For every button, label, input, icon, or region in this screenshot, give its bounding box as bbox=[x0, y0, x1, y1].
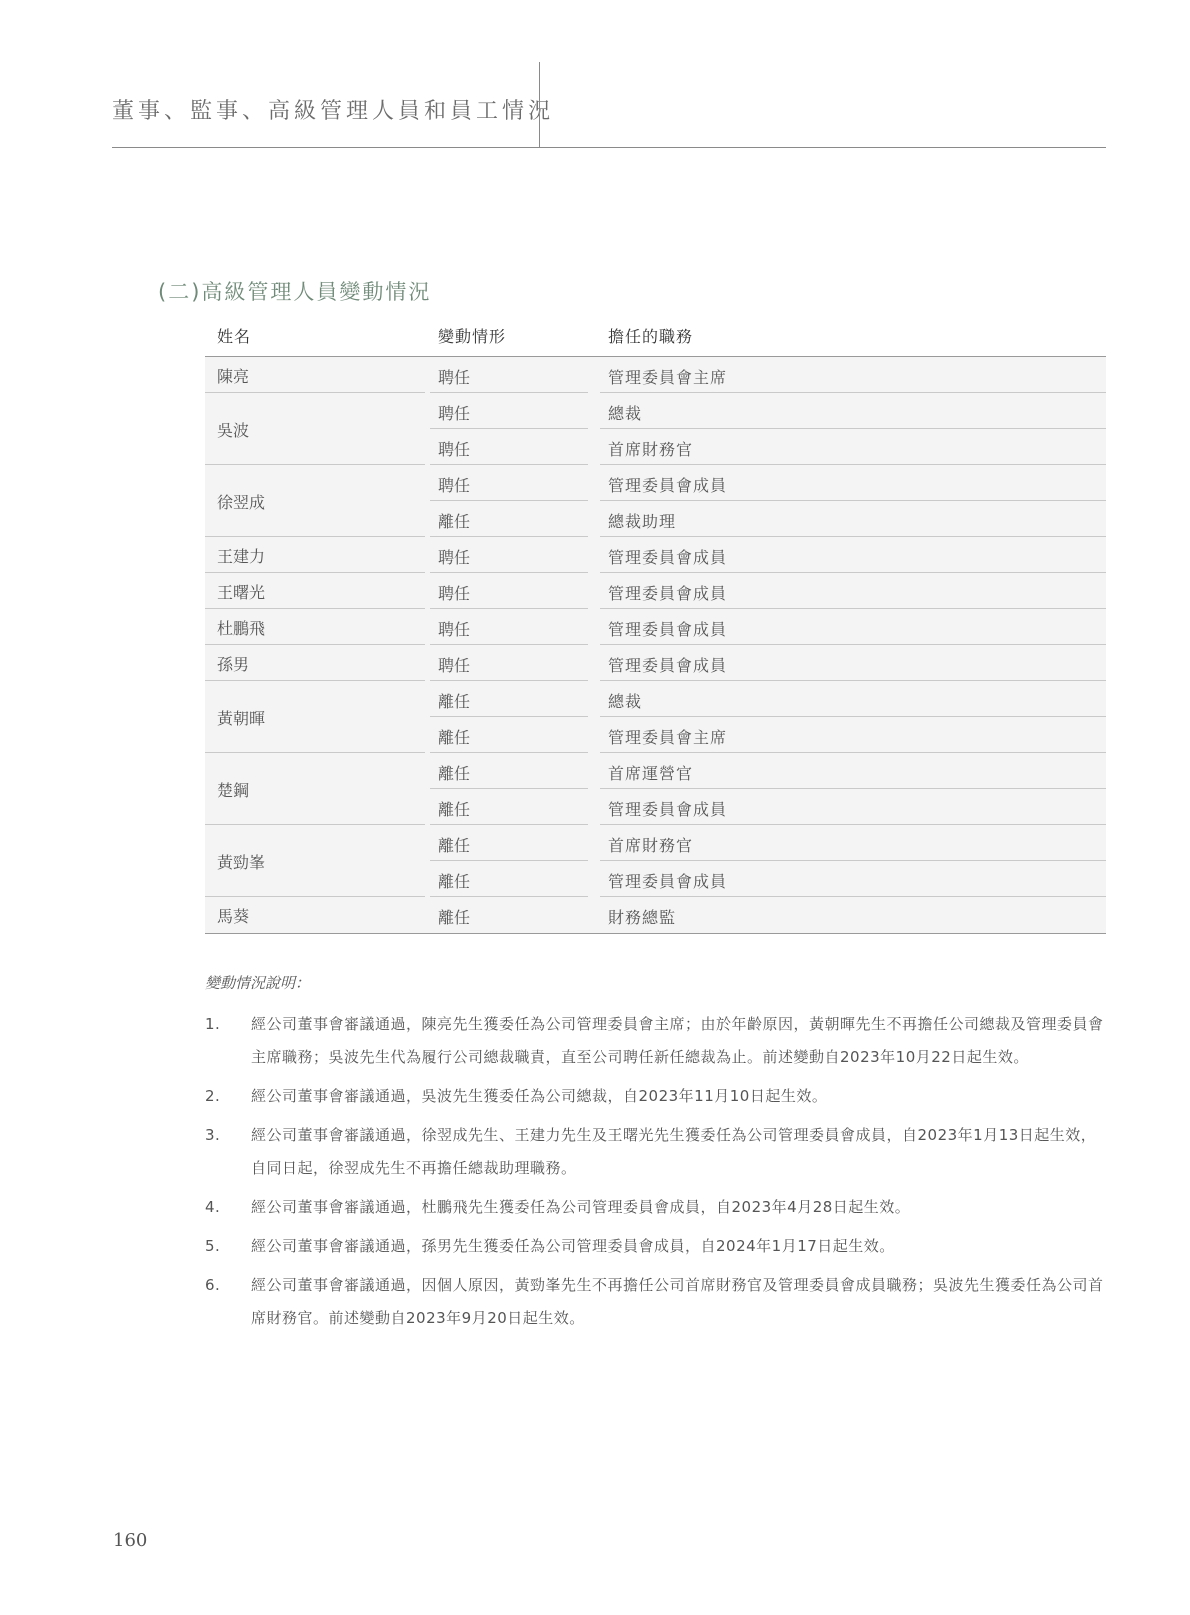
position-title: 管理委員會成員 bbox=[608, 869, 727, 892]
management-changes-table: 姓名 變動情形 擔任的職務 陳亮聘任管理委員會主席吳波聘任總裁聘任首席財務官徐翌… bbox=[205, 320, 1106, 934]
note-text: 經公司董事會審議通過，陳亮先生獲委任為公司管理委員會主席；由於年齡原因，黃朝暉先… bbox=[251, 1015, 1104, 1066]
table-row: 聘任管理委員會成員 bbox=[205, 537, 1106, 573]
change-type: 聘任 bbox=[438, 545, 470, 568]
notes-list: 1.經公司董事會審議通過，陳亮先生獲委任為公司管理委員會主席；由於年齡原因，黃朝… bbox=[205, 1008, 1105, 1341]
position-title: 管理委員會成員 bbox=[608, 653, 727, 676]
table-row: 離任財務總監 bbox=[205, 897, 1106, 933]
position-title: 財務總監 bbox=[608, 905, 676, 928]
column-header-change: 變動情形 bbox=[438, 324, 506, 347]
change-type: 聘任 bbox=[438, 437, 470, 460]
change-type: 離任 bbox=[438, 869, 470, 892]
change-type: 離任 bbox=[438, 761, 470, 784]
change-type: 聘任 bbox=[438, 653, 470, 676]
table-row-group: 吳波聘任總裁聘任首席財務官 bbox=[205, 393, 1106, 465]
position-title: 首席運營官 bbox=[608, 761, 693, 784]
notes-title: 變動情況說明： bbox=[205, 972, 310, 993]
table-row: 離任首席財務官 bbox=[205, 825, 1106, 861]
section-title: (二)高級管理人員變動情況 bbox=[158, 276, 431, 306]
table-row-group: 徐翌成聘任管理委員會成員離任總裁助理 bbox=[205, 465, 1106, 537]
note-text: 經公司董事會審議通過，吳波先生獲委任為公司總裁，自2023年11月10日起生效。 bbox=[251, 1087, 827, 1105]
position-title: 管理委員會主席 bbox=[608, 725, 727, 748]
table-row: 離任總裁助理 bbox=[205, 501, 1106, 537]
position-title: 首席財務官 bbox=[608, 437, 693, 460]
table-row-group: 黃勁峯離任首席財務官離任管理委員會成員 bbox=[205, 825, 1106, 897]
table-row-group: 陳亮聘任管理委員會主席 bbox=[205, 357, 1106, 393]
position-title: 管理委員會成員 bbox=[608, 797, 727, 820]
change-type: 聘任 bbox=[438, 365, 470, 388]
table-row-group: 杜鵬飛聘任管理委員會成員 bbox=[205, 609, 1106, 645]
header-rule bbox=[112, 147, 1106, 148]
column-header-position: 擔任的職務 bbox=[608, 324, 693, 347]
note-number: 6. bbox=[205, 1269, 220, 1302]
table-row: 聘任管理委員會成員 bbox=[205, 645, 1106, 681]
note-item: 3.經公司董事會審議通過，徐翌成先生、王建力先生及王曙光先生獲委任為公司管理委員… bbox=[205, 1119, 1105, 1185]
note-item: 2.經公司董事會審議通過，吳波先生獲委任為公司總裁，自2023年11月10日起生… bbox=[205, 1080, 1105, 1113]
chapter-title: 董事、監事、高級管理人員和員工情況 bbox=[112, 94, 554, 125]
change-type: 離任 bbox=[438, 797, 470, 820]
table-row-group: 馬葵離任財務總監 bbox=[205, 897, 1106, 933]
table-body: 陳亮聘任管理委員會主席吳波聘任總裁聘任首席財務官徐翌成聘任管理委員會成員離任總裁… bbox=[205, 357, 1106, 934]
change-type: 離任 bbox=[438, 833, 470, 856]
position-title: 管理委員會成員 bbox=[608, 473, 727, 496]
table-row: 聘任總裁 bbox=[205, 393, 1106, 429]
page-number: 160 bbox=[113, 1530, 147, 1551]
table-row-group: 黃朝暉離任總裁離任管理委員會主席 bbox=[205, 681, 1106, 753]
note-item: 6.經公司董事會審議通過，因個人原因，黃勁峯先生不再擔任公司首席財務官及管理委員… bbox=[205, 1269, 1105, 1335]
position-title: 管理委員會主席 bbox=[608, 365, 727, 388]
change-type: 聘任 bbox=[438, 401, 470, 424]
change-type: 離任 bbox=[438, 509, 470, 532]
change-type: 聘任 bbox=[438, 617, 470, 640]
position-title: 管理委員會成員 bbox=[608, 581, 727, 604]
column-header-name: 姓名 bbox=[217, 324, 251, 347]
position-title: 管理委員會成員 bbox=[608, 545, 727, 568]
note-number: 5. bbox=[205, 1230, 220, 1263]
table-row-group: 楚鋼離任首席運營官離任管理委員會成員 bbox=[205, 753, 1106, 825]
position-title: 總裁助理 bbox=[608, 509, 676, 532]
note-text: 經公司董事會審議通過，杜鵬飛先生獲委任為公司管理委員會成員，自2023年4月28… bbox=[251, 1198, 910, 1216]
note-number: 4. bbox=[205, 1191, 220, 1224]
table-row: 聘任管理委員會成員 bbox=[205, 609, 1106, 645]
table-row-group: 孫男聘任管理委員會成員 bbox=[205, 645, 1106, 681]
note-item: 1.經公司董事會審議通過，陳亮先生獲委任為公司管理委員會主席；由於年齡原因，黃朝… bbox=[205, 1008, 1105, 1074]
table-row: 聘任管理委員會主席 bbox=[205, 357, 1106, 393]
change-type: 聘任 bbox=[438, 581, 470, 604]
change-type: 離任 bbox=[438, 689, 470, 712]
position-title: 首席財務官 bbox=[608, 833, 693, 856]
note-item: 5.經公司董事會審議通過，孫男先生獲委任為公司管理委員會成員，自2024年1月1… bbox=[205, 1230, 1105, 1263]
note-text: 經公司董事會審議通過，因個人原因，黃勁峯先生不再擔任公司首席財務官及管理委員會成… bbox=[251, 1276, 1104, 1327]
note-item: 4.經公司董事會審議通過，杜鵬飛先生獲委任為公司管理委員會成員，自2023年4月… bbox=[205, 1191, 1105, 1224]
table-row: 聘任管理委員會成員 bbox=[205, 465, 1106, 501]
table-row: 離任首席運營官 bbox=[205, 753, 1106, 789]
table-row: 聘任管理委員會成員 bbox=[205, 573, 1106, 609]
header-divider-vertical bbox=[539, 62, 540, 148]
table-row: 離任總裁 bbox=[205, 681, 1106, 717]
table-row-group: 王建力聘任管理委員會成員 bbox=[205, 537, 1106, 573]
position-title: 管理委員會成員 bbox=[608, 617, 727, 640]
table-row: 離任管理委員會主席 bbox=[205, 717, 1106, 753]
table-row: 離任管理委員會成員 bbox=[205, 861, 1106, 897]
note-number: 3. bbox=[205, 1119, 220, 1152]
position-title: 總裁 bbox=[608, 689, 642, 712]
note-text: 經公司董事會審議通過，徐翌成先生、王建力先生及王曙光先生獲委任為公司管理委員會成… bbox=[251, 1126, 1096, 1177]
change-type: 離任 bbox=[438, 725, 470, 748]
position-title: 總裁 bbox=[608, 401, 642, 424]
note-number: 1. bbox=[205, 1008, 220, 1041]
table-row: 聘任首席財務官 bbox=[205, 429, 1106, 465]
table-row: 離任管理委員會成員 bbox=[205, 789, 1106, 825]
table-header: 姓名 變動情形 擔任的職務 bbox=[205, 320, 1106, 357]
change-type: 聘任 bbox=[438, 473, 470, 496]
change-type: 離任 bbox=[438, 905, 470, 928]
note-text: 經公司董事會審議通過，孫男先生獲委任為公司管理委員會成員，自2024年1月17日… bbox=[251, 1237, 895, 1255]
note-number: 2. bbox=[205, 1080, 220, 1113]
table-row-group: 王曙光聘任管理委員會成員 bbox=[205, 573, 1106, 609]
